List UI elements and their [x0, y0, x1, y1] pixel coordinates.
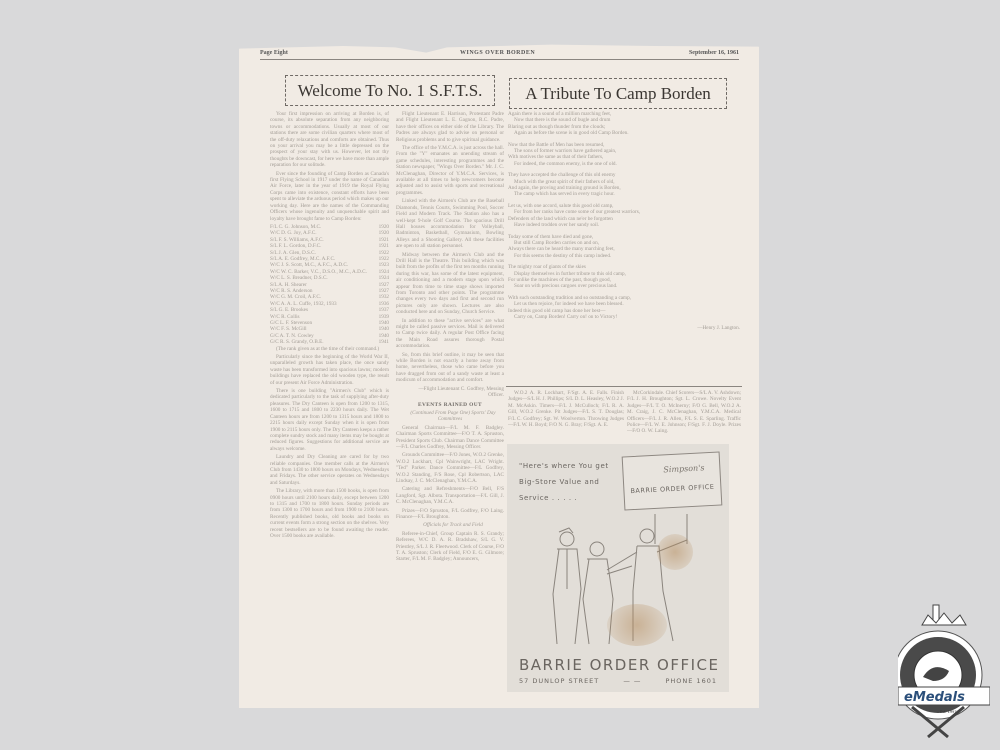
sign-text: BARRIE ORDER OFFICE — [630, 483, 714, 495]
poem-stanza: They have accepted the challenge of this… — [508, 172, 740, 198]
article-paragraph: Midway between the Airmen's Club and the… — [396, 252, 504, 316]
article-paragraph: Your first impression on arriving at Bor… — [270, 111, 389, 169]
masthead: Page Eight WINGS OVER BORDEN September 1… — [260, 47, 739, 60]
tribute-poem: Again there is a sound of a million marc… — [508, 111, 740, 386]
store-sign: Simpson's BARRIE ORDER OFFICE — [622, 451, 723, 510]
events-heading: EVENTS RAINED OUT — [396, 402, 504, 408]
ad-address: 57 DUNLOP STREET — [519, 677, 599, 685]
newspaper-page: Page Eight WINGS OVER BORDEN September 1… — [239, 42, 759, 708]
poem-stanza: The mighty roar of giants of the skiesDi… — [508, 264, 740, 290]
article-paragraph: Flight Lieutenant E. Harrison, Protestan… — [396, 111, 504, 143]
article-signature: —Flight Lieutenant C. Godfrey, Messing O… — [396, 386, 504, 399]
officials-text: McCorkindale. Chief Scorers—S/L A. V. As… — [627, 390, 741, 435]
tribute-headline-box: A Tribute To Camp Borden — [509, 78, 727, 109]
water-stain — [657, 534, 693, 570]
water-stain — [607, 604, 667, 646]
article-paragraph: Linked with the Airmen's Club are the Ba… — [396, 198, 504, 249]
ad-tagline: "Here's where You get Big-Store Value an… — [519, 458, 609, 506]
commanders-list: F/L C. G. Johnson, M.C.1920W/C D. G. Joy… — [270, 224, 389, 346]
svg-text:eMedals: eMedals — [904, 690, 965, 705]
officials-right-column: McCorkindale. Chief Scorers—S/L A. V. As… — [627, 390, 741, 440]
events-paragraph: Referee-in-Chief, Group Captain R. S. Gr… — [396, 531, 504, 563]
page-number: Page Eight — [260, 50, 288, 56]
officials-left-column: W.O.2 A. R. Lockhart, F/Sgt. A. E. Falls… — [508, 390, 624, 440]
ad-address-line: 57 DUNLOP STREET — — PHONE 1601 — [519, 677, 717, 685]
events-paragraph: Officials for Track and Field — [396, 522, 504, 528]
article-paragraph: The office of the Y.M.C.A. is just acros… — [396, 145, 504, 196]
poem-stanza: Again there is a sound of a million marc… — [508, 111, 740, 137]
events-paragraph: Grounds Committee—F/O Jones, W.O.2 Grenk… — [396, 452, 504, 484]
welcome-headline-box: Welcome To No. 1 S.F.T.S. — [285, 75, 495, 106]
middle-article-column: Flight Lieutenant E. Harrison, Protestan… — [396, 111, 504, 701]
article-paragraph: The Library, with more than 1500 books, … — [270, 488, 389, 539]
poem-stanza: With such outstanding tradition and so o… — [508, 295, 740, 321]
emedals-badge-icon: eMedals Est. 1997 — [898, 603, 990, 743]
publication-title: WINGS OVER BORDEN — [460, 50, 535, 56]
divider-rule — [506, 386, 742, 387]
simpsons-advertisement: "Here's where You get Big-Store Value an… — [507, 444, 729, 692]
sign-script-logo: Simpson's — [663, 463, 705, 474]
rank-note: (The rank given as at the time of their … — [270, 346, 389, 352]
issue-date: September 16, 1961 — [689, 50, 739, 56]
poem-author: —Henry J. Langton. — [508, 325, 740, 331]
article-paragraph: So, from this brief outline, it may be s… — [396, 352, 504, 384]
events-paragraph: Catering and Refreshments—F/O Bell, F/S … — [396, 486, 504, 505]
article-paragraph: Particularly since the beginning of the … — [270, 354, 389, 386]
article-paragraph: There is one building "Airmen's Club" wh… — [270, 388, 389, 452]
article-paragraph: Ever since the founding of Camp Borden a… — [270, 171, 389, 222]
emedals-watermark: eMedals Est. 1997 — [898, 603, 990, 743]
officials-text: W.O.2 A. R. Lockhart, F/Sgt. A. E. Falls… — [508, 390, 624, 428]
article-paragraph: In addition to these "active services" a… — [396, 318, 504, 350]
events-paragraph: General Chairman—F/L M. F. Badgley. Chai… — [396, 425, 504, 451]
poem-stanza: Today some of them have died and gone,Bu… — [508, 234, 740, 260]
ad-separator: — — — [623, 677, 641, 685]
article-paragraph: Laundry and Dry Cleaning are cared for b… — [270, 454, 389, 486]
ad-phone: PHONE 1601 — [665, 677, 717, 685]
events-paragraph: Prizes—F/O Spruston, F/L Godfrey, F/O La… — [396, 508, 504, 521]
tribute-headline: A Tribute To Camp Borden — [525, 84, 711, 104]
ad-title: BARRIE ORDER OFFICE — [519, 656, 719, 674]
events-subheading: (Continued From Page One) Sports' Day Co… — [396, 410, 504, 423]
welcome-headline: Welcome To No. 1 S.F.T.S. — [298, 81, 483, 101]
poem-stanza: Now that the Battle of Men has been resu… — [508, 142, 740, 168]
poem-stanza: Let us, with one accord, salute this goo… — [508, 203, 740, 229]
welcome-article-column: Your first impression on arriving at Bor… — [270, 111, 389, 701]
